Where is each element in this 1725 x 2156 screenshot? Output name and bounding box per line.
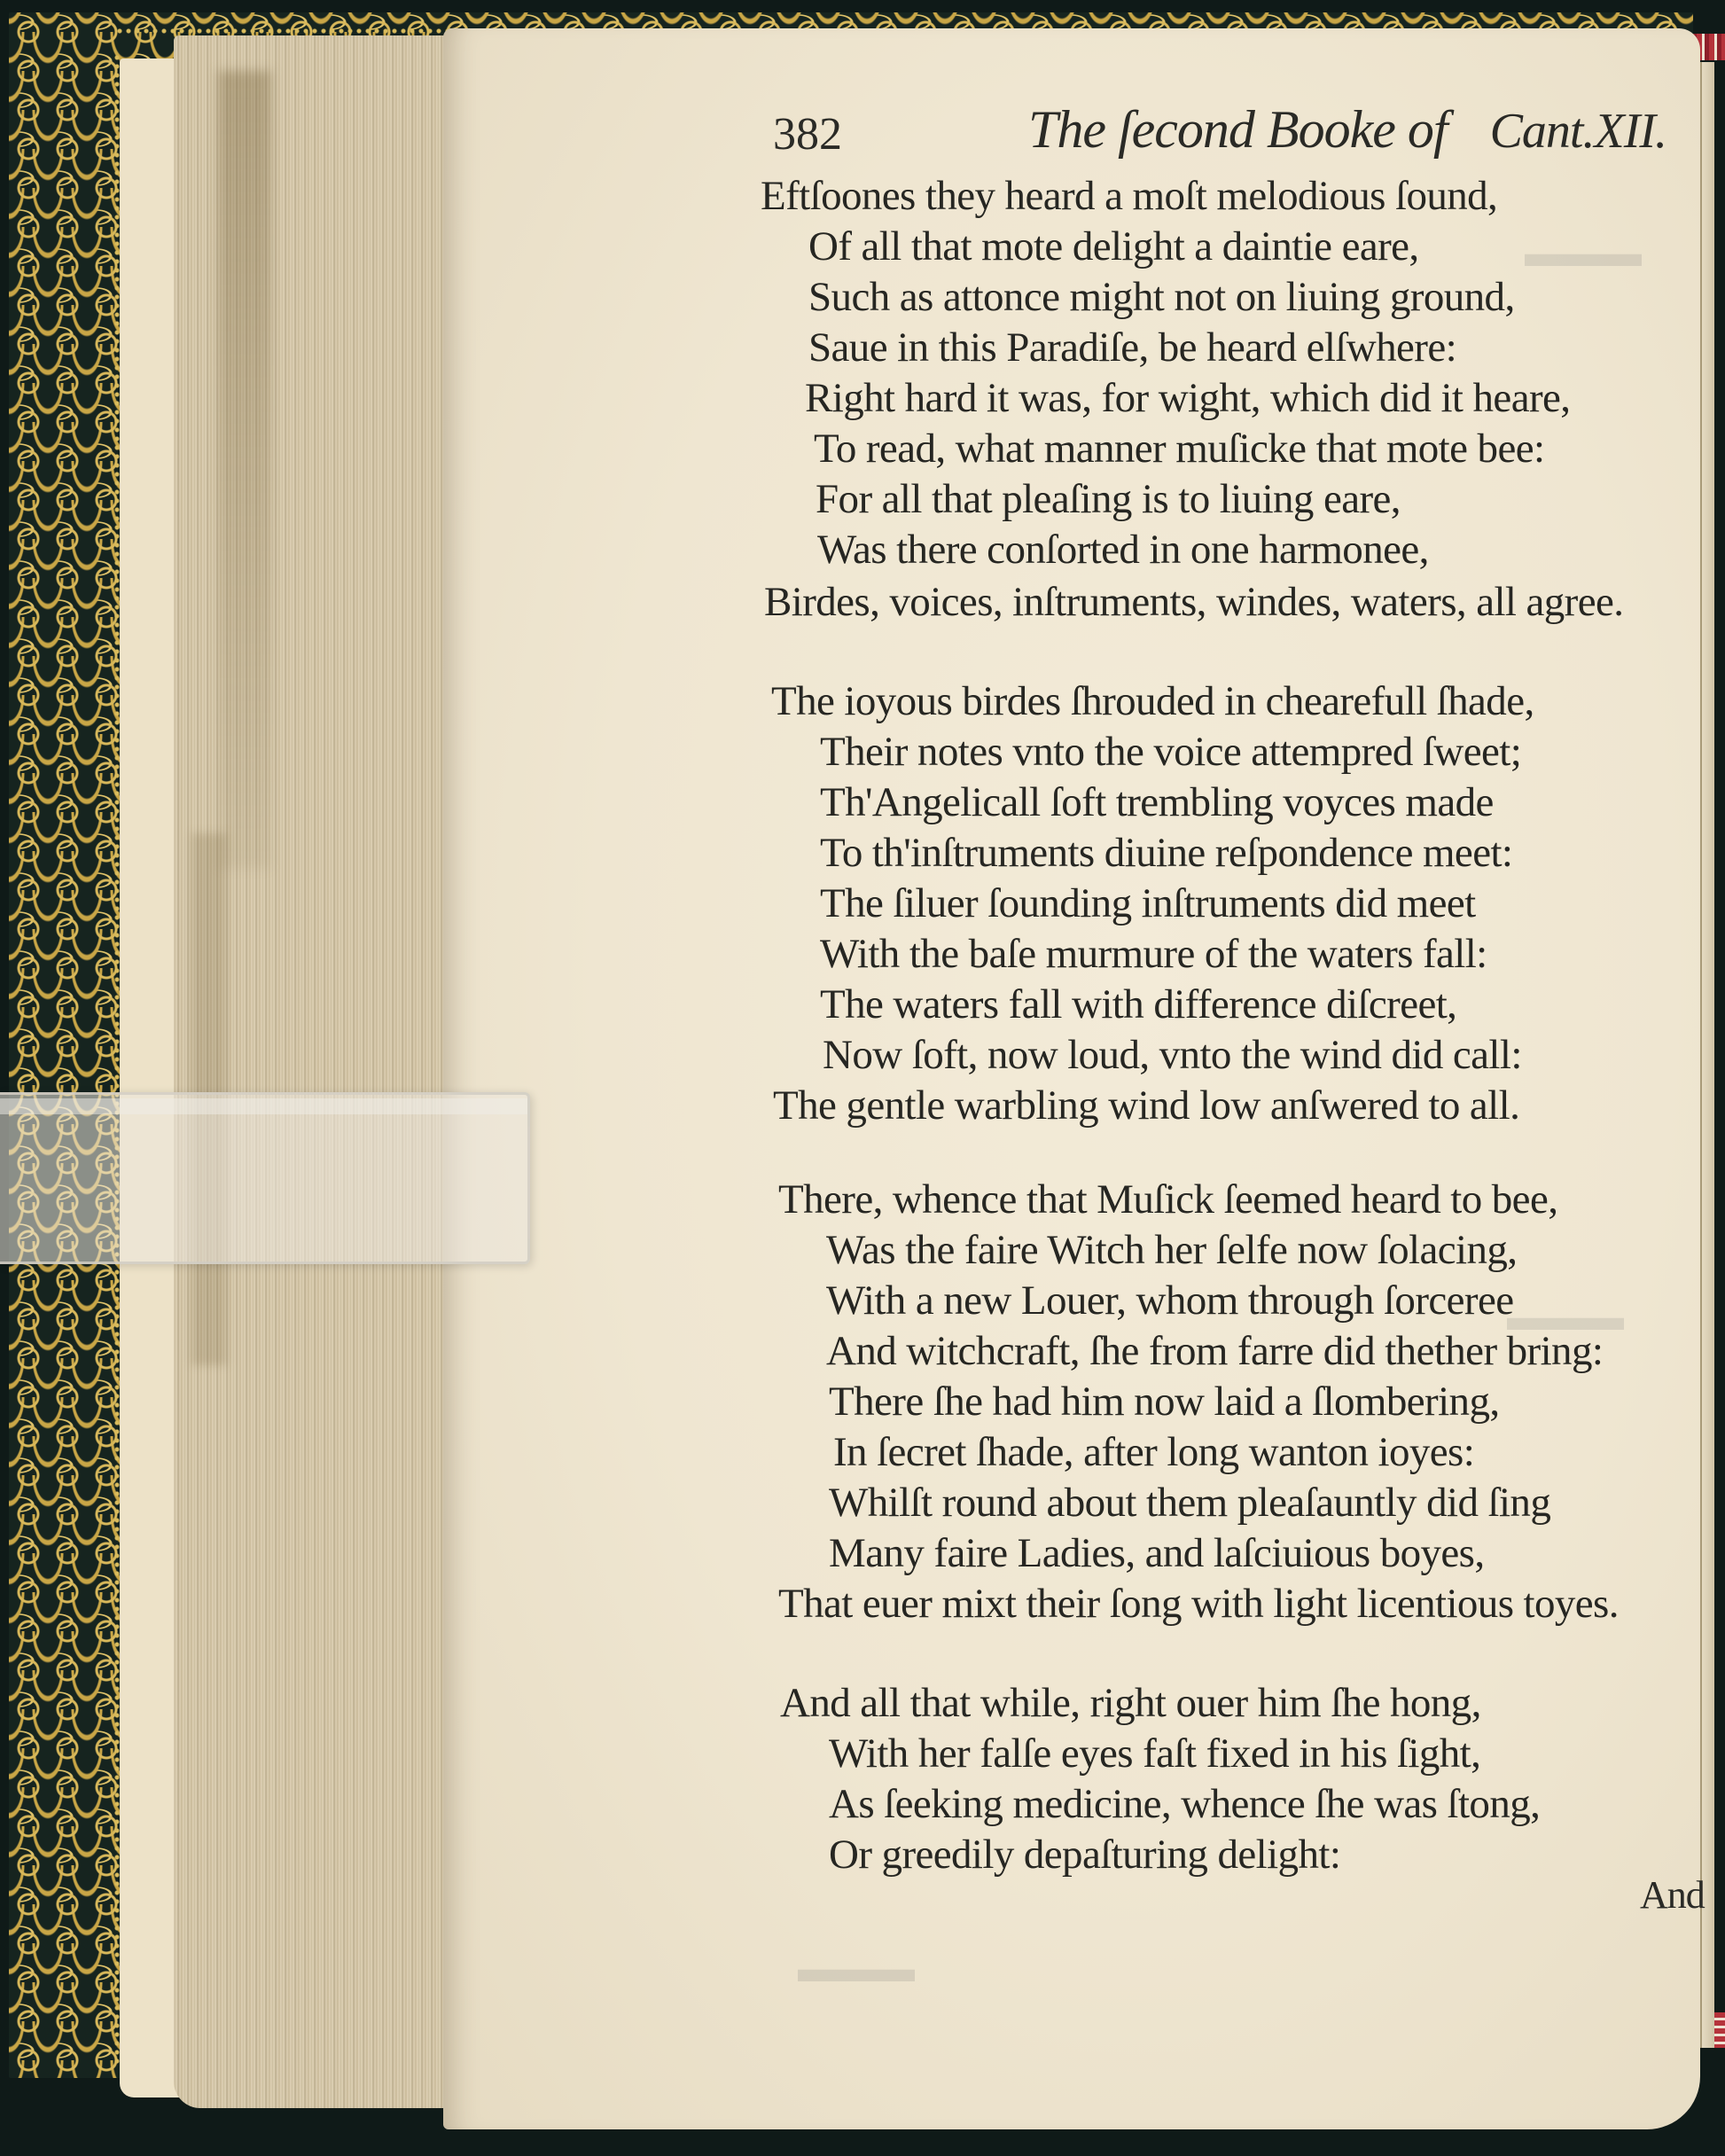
verse-line: The ſiluer ſounding inſtruments did meet (820, 883, 1476, 925)
verse-line: Now ſoft, now loud, vnto the wind did ca… (823, 1035, 1522, 1076)
plastic-book-strap (0, 1092, 530, 1264)
verse-line: With the baſe murmure of the waters fall… (820, 933, 1487, 975)
verse-line: To read, what manner muſicke that mote b… (814, 428, 1544, 470)
verse-line: Was the faire Witch her ſelfe now ſolaci… (826, 1230, 1517, 1271)
verse-line: Saue in this Paradiſe, be heard elſwhere… (808, 327, 1456, 369)
verse-line: Or greedily depaſturing delight: (829, 1834, 1340, 1876)
verse-line: Right hard it was, for wight, which did … (805, 378, 1570, 419)
verse-line: Was there conſorted in one harmonee, (817, 529, 1429, 571)
verse-line: The gentle warbling wind low anſwered to… (773, 1085, 1519, 1127)
page-block-edges (174, 35, 484, 2108)
verse-line: Such as attonce might not on liuing grou… (808, 277, 1515, 318)
verse-line: Eftſoones they heard a moſt melodious ſo… (761, 176, 1497, 217)
running-head: 382 The ſecond Booke of Cant.XII. (762, 99, 1666, 161)
verse-line: And all that while, right ouer him ſhe h… (780, 1683, 1481, 1724)
verse-line: With a new Louer, whom through ſorceree (826, 1280, 1513, 1322)
verse-line: Whilſt round about them pleaſauntly did … (829, 1482, 1550, 1524)
running-title: The ſecond Booke of (1028, 99, 1448, 160)
verse-line: In ſecret ſhade, after long wanton ioyes… (833, 1432, 1474, 1473)
verse-line: With her falſe eyes faſt fixed in his ſi… (829, 1733, 1480, 1775)
verse-line: For all that pleaſing is to liuing eare, (816, 479, 1401, 520)
verse-line: That euer mixt their ſong with light lic… (778, 1583, 1619, 1625)
verse-line: There, whence that Muſick ſeemed heard t… (778, 1179, 1557, 1221)
verse-line: There ſhe had him now laid a ſlombering, (829, 1381, 1500, 1423)
verse-line: Of all that mote delight a daintie eare, (808, 226, 1419, 268)
verse-line: Birdes, voices, inſtruments, windes, wat… (764, 582, 1623, 623)
canto-label: Cant.XII. (1490, 103, 1666, 160)
page-edge-right (1700, 62, 1714, 2048)
catchword: And (1640, 1872, 1705, 1918)
verse-line: The ioyous birdes ſhrouded in chearefull… (771, 681, 1534, 723)
verse-line: Their notes vnto the voice attempred ſwe… (820, 731, 1521, 773)
verse-line: To th'inſtruments diuine reſpondence mee… (820, 832, 1512, 874)
page-number: 382 (773, 108, 842, 160)
verse-line: As ſeeking medicine, whence ſhe was ſton… (829, 1784, 1540, 1825)
verse-line: Many faire Ladies, and laſciuious boyes, (829, 1533, 1485, 1574)
verse-line: And witchcraft, ſhe from farre did theth… (826, 1331, 1603, 1372)
verse-line: Th'Angelicall ſoft trembling voyces made (820, 782, 1494, 824)
verse-line: The waters fall with difference diſcreet… (820, 984, 1456, 1026)
